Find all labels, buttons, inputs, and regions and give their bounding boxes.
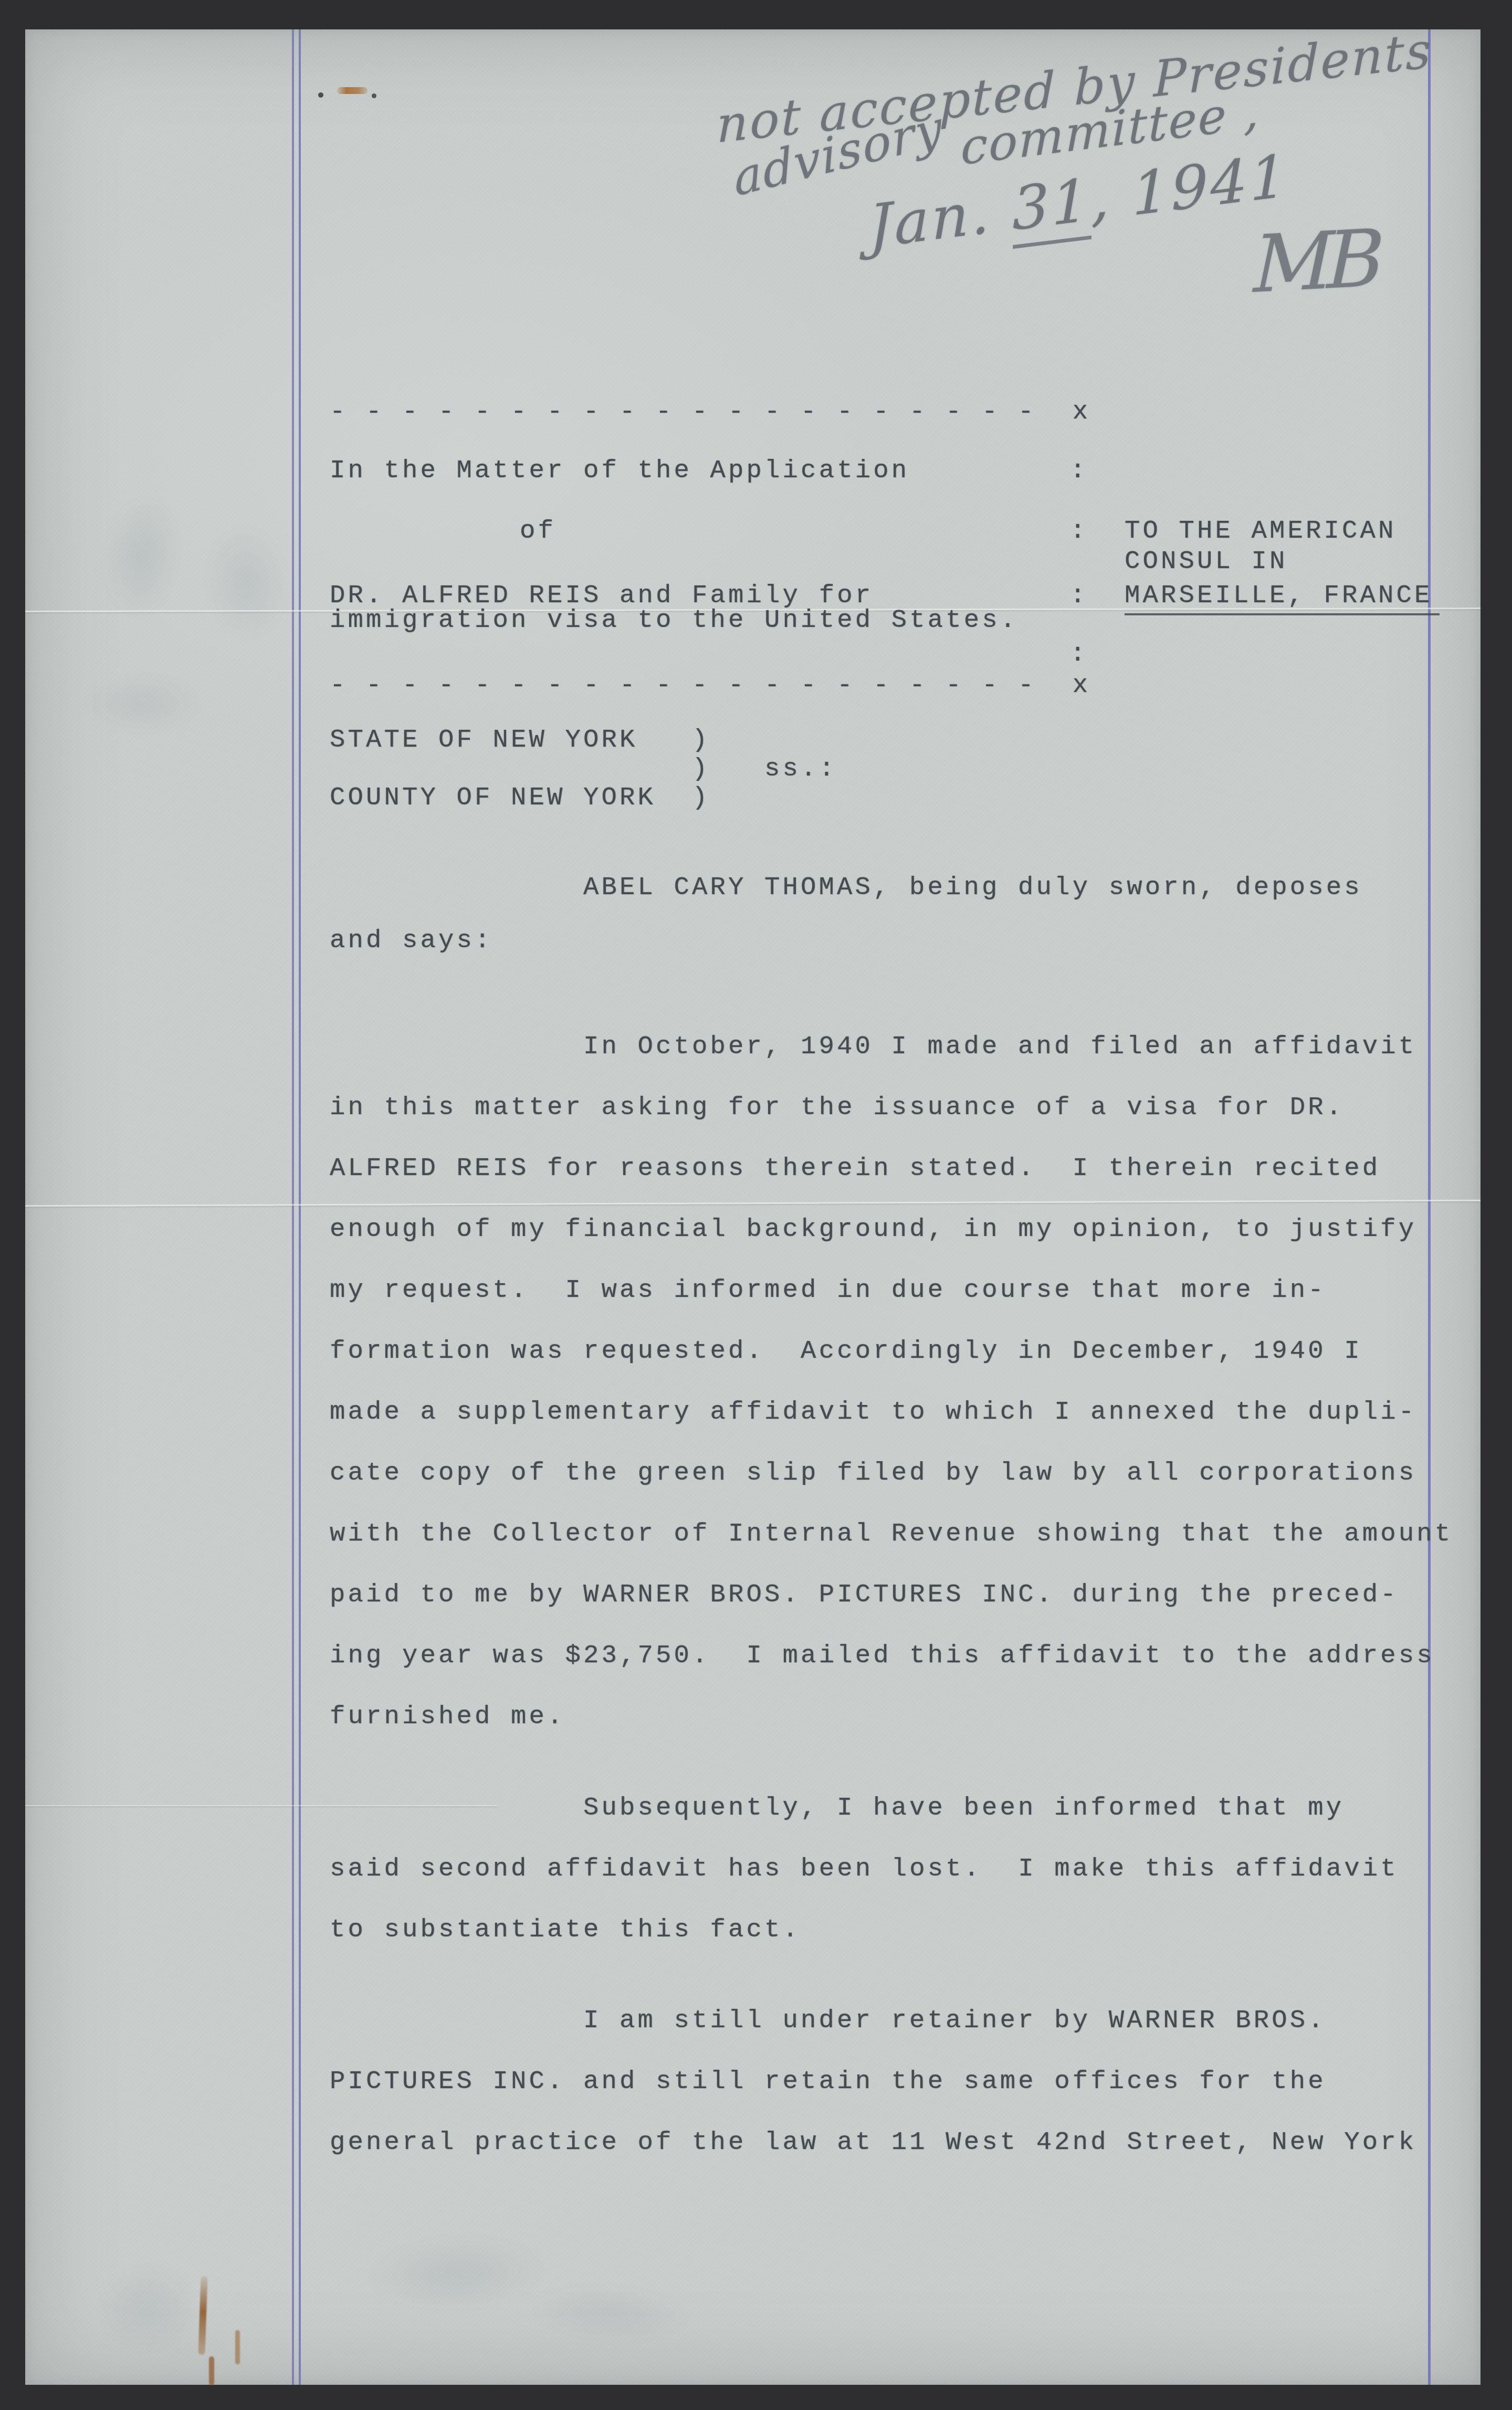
- deponent-opening: ABEL CARY THOMAS, being duly sworn, depo…: [330, 861, 1362, 967]
- left-margin-rule-outer: [292, 29, 294, 2385]
- bleedthrough-smudge: [63, 662, 220, 746]
- venue-block: STATE OF NEW YORK ) ) ss.: COUNTY OF NEW…: [330, 726, 837, 812]
- caption-colon: :: [1070, 638, 1088, 669]
- rust-mark: [337, 87, 367, 94]
- ink-speck: [318, 92, 323, 98]
- rust-stain: [209, 2356, 214, 2385]
- ink-speck: [372, 93, 376, 98]
- addressee-line1: TO THE AMERICAN: [1125, 515, 1396, 547]
- document-scan: { "annotation": { "line1": "not accepted…: [0, 0, 1512, 2410]
- caption-dash-bottom: - - - - - - - - - - - - - - - - - - - - …: [330, 669, 1090, 701]
- addressee-line3: MARSEILLE, FRANCE: [1125, 580, 1440, 615]
- date-day-underlined: 31: [1012, 166, 1091, 249]
- addressee-line2: CONSUL IN: [1125, 546, 1288, 577]
- body-paragraph-1: In October, 1940 I made and filed an aff…: [330, 1016, 1453, 1747]
- body-paragraph-2: Subsequently, I have been informed that …: [330, 1777, 1399, 1960]
- bleedthrough-smudge: [79, 2247, 215, 2368]
- caption-colon: :: [1070, 455, 1088, 486]
- caption-visa-line: immigration visa to the United States.: [330, 604, 1018, 636]
- caption-colon: :: [1070, 515, 1088, 547]
- caption-colon: :: [1070, 580, 1088, 611]
- body-paragraph-3: I am still under retainer by WARNER BROS…: [330, 1990, 1416, 2173]
- rust-stain: [235, 2330, 240, 2364]
- pencil-initials: MB: [1253, 213, 1378, 311]
- caption-matter-line: In the Matter of the Application: [330, 455, 909, 486]
- left-margin-rule-inner: [299, 29, 301, 2385]
- addressee-underlined-text: MARSEILLE, FRANCE: [1125, 580, 1440, 615]
- caption-of-line: of: [520, 515, 556, 547]
- caption-dash-top: - - - - - - - - - - - - - - - - - - - - …: [330, 396, 1090, 427]
